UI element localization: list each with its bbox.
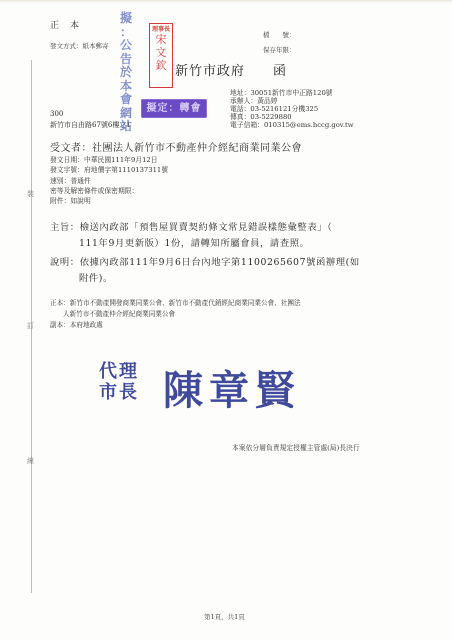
page-info: 第1頁，共1頁 — [204, 612, 245, 621]
copy-type: 正 本 — [50, 18, 80, 31]
distribution-section: 正本：新竹市不動產開發商業同業公會、新竹市不動產代銷經紀商業同業公會、社團法 人… — [50, 298, 301, 331]
document-meta: 發文日期：中華民國111年9月12日 發文字號：府地價字第1110137311號… — [50, 155, 168, 206]
delivery-method: 發文方式：紙本郵寄 — [50, 41, 109, 50]
original-copy-line-2: 人新竹市不動產仲介經紀商業同業公會 — [50, 309, 301, 320]
priority: 速別：普通件 — [50, 176, 168, 186]
binding-mark-staple: 訂 — [27, 321, 34, 331]
explanation-label: 說明： — [50, 257, 80, 268]
issue-date: 發文日期：中華民國111年9月12日 — [50, 155, 168, 165]
binding-mark-line: 線 — [27, 456, 34, 466]
sender-phone: 電話：03-5216121分機325 — [230, 105, 354, 113]
original-copy-line-1: 正本：新竹市不動產開發商業同業公會、新竹市不動產代銷經紀商業同業公會、社團法 — [50, 298, 301, 309]
approval-stamp: 擬定：轉會 — [141, 99, 207, 118]
delegation-note: 本案依分層負責規定授權主管處(局)長決行 — [232, 442, 360, 452]
binding-mark-bind: 裝 — [27, 189, 34, 199]
file-number-label: 檔 號： — [263, 30, 296, 39]
explanation-line-1: 依據內政部111年9月6日台內地字第1100265607號函辦理(如 — [80, 257, 360, 268]
paper-top-edge — [0, 0, 452, 3]
subject-line-2: 111年9月更新版）1份，請轉知所屬會員，請查照。 — [50, 236, 332, 252]
explanation-section: 說明：依據內政部111年9月6日台內地字第1100265607號函辦理(如 附件… — [50, 255, 360, 287]
signature-title-top: 代理 — [99, 361, 139, 382]
subject-line-1: 檢送內政部「預售屋買賣契約條文常見錯誤樣態彙整表」（ — [80, 222, 333, 233]
chairman-label: 理事長 — [150, 26, 172, 33]
signature-title-bottom: 市長 — [99, 382, 139, 403]
chairman-seal-stamp: 理事長 宋 文 欽 — [149, 23, 173, 88]
sender-handler: 承辦人：黃品婷 — [230, 97, 354, 105]
subject-section: 主旨：檢送內政部「預售屋買賣契約條文常見錯誤樣態彙整表」（ 111年9月更新版）… — [50, 220, 332, 252]
recipient-postcode: 300 — [50, 110, 63, 118]
subject-label: 主旨： — [50, 222, 80, 233]
issue-number: 發文字號：府地價字第1110137311號 — [50, 165, 168, 175]
issuer-title: 新竹市政府 函 — [175, 60, 287, 79]
sender-email: 電子信箱：010315@ems.hccg.gov.tw — [230, 121, 354, 129]
sender-address: 地址：30051新竹市中正路120號 — [230, 89, 354, 97]
sender-fax: 傳真：03-5229880 — [230, 113, 354, 121]
confidentiality: 密等及解密條件或保密期限： — [50, 186, 168, 196]
attachment: 附件：如說明 — [50, 196, 168, 206]
posted-notice-stamp: 擬 ： 公 告 於 本 會 網 站 — [119, 12, 133, 134]
recipient: 受文者：社團法人新竹市不動產仲介經紀商業同業公會 — [50, 139, 302, 154]
explanation-line-2: 附件)。 — [50, 271, 360, 287]
duplicate-copy: 副本：本府地政處 — [50, 320, 301, 331]
retention-period-label: 保存年限： — [263, 45, 296, 54]
signature-title: 代理 市長 — [99, 361, 139, 403]
sender-contact: 地址：30051新竹市中正路120號 承辦人：黃品婷 電話：03-5216121… — [230, 89, 354, 129]
signature-name: 陳章賢 — [163, 359, 301, 416]
